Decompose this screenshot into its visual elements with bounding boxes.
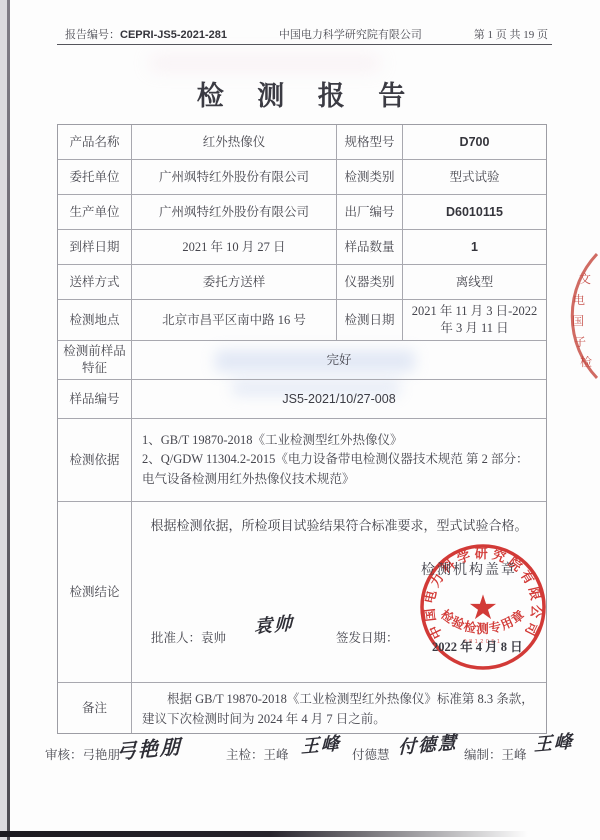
model-label: 规格型号 <box>336 125 402 159</box>
manufacturer-label: 生产单位 <box>58 195 131 229</box>
conclusion-text: 根据检测依据，所检项目试验结果符合标准要求，型式试验合格。 <box>132 517 546 535</box>
product-name-label: 产品名称 <box>58 125 131 159</box>
report-table: 产品名称 红外热像仪 规格型号 D700 委托单位 广州飒特红外股份有限公司 检… <box>57 124 547 734</box>
instrument-type-label: 仪器类别 <box>336 265 402 299</box>
remark-value: 根据 GB/T 19870-2018《工业检测型红外热像仪》标准第 8.3 条款… <box>131 683 546 733</box>
conclusion-cell: 根据检测依据，所检项目试验结果符合标准要求，型式试验合格。 中国电力科学研究院有… <box>131 502 546 682</box>
page-title: 检 测 报 告 <box>57 74 545 113</box>
seam-stamp-char: 子 <box>574 335 586 349</box>
table-row: 检测结论 根据检测依据，所检项目试验结果符合标准要求，型式试验合格。 中国电力科… <box>58 501 546 682</box>
issue-date-value: 2022 年 4 月 8 日 <box>432 639 523 656</box>
chief-name: 王峰 <box>264 748 289 762</box>
chief-line: 主检：王峰 <box>226 745 289 763</box>
scan-smudge <box>150 56 380 70</box>
table-row: 产品名称 红外热像仪 规格型号 D700 <box>58 125 546 159</box>
sample-qty-label: 样品数量 <box>336 230 402 264</box>
client-value: 广州飒特红外股份有限公司 <box>131 160 336 194</box>
approver-label: 批准人： <box>151 631 201 645</box>
scan-left-shadow <box>0 0 7 840</box>
sample-number-value: JS5-2021/10/27-008 <box>131 380 546 418</box>
test-basis-label: 检测依据 <box>58 419 131 501</box>
table-row: 备注 根据 GB/T 19870-2018《工业检测型红外热像仪》标准第 8.3… <box>58 682 546 733</box>
header-rule <box>57 44 552 45</box>
seam-stamp-char: 国 <box>572 314 584 328</box>
delivery-method-value: 委托方送样 <box>131 265 336 299</box>
serial-no-label: 出厂编号 <box>336 195 402 229</box>
organization-name: 中国电力科学研究院有限公司 <box>279 26 422 42</box>
second-reviewer-name: 付德慧 <box>352 745 390 763</box>
report-number-label: 报告编号： <box>65 29 120 41</box>
test-basis-line-2: 2、Q/GDW 11304.2-2015《电力设备带电检测仪器技术规范 第 2 … <box>142 450 536 489</box>
approver-line: 批准人：袁帅 <box>151 630 226 647</box>
scan-left-edge <box>7 0 10 840</box>
seam-stamp-char: 电 <box>573 292 585 307</box>
serial-no-value: D6010115 <box>402 195 546 229</box>
table-row: 检测地点 北京市昌平区南中路 16 号 检测日期 2021 年 11 月 3 日… <box>58 299 546 340</box>
delivery-method-label: 送样方式 <box>58 265 131 299</box>
arrival-date-value: 2021 年 10 月 27 日 <box>131 230 336 264</box>
seam-stamp-char: 文 <box>579 272 591 286</box>
review-name: 弓艳朋 <box>83 748 121 762</box>
pre-test-condition-value: 完好 <box>131 341 546 379</box>
seam-stamp-char: 检 <box>580 354 592 369</box>
approver-signature: 袁帅 <box>254 612 294 640</box>
table-row: 送样方式 委托方送样 仪器类别 离线型 <box>58 264 546 299</box>
report-number-value: CEPRI-JS5-2021-281 <box>120 29 227 41</box>
remark-label: 备注 <box>58 683 131 733</box>
test-date-label: 检测日期 <box>336 300 402 340</box>
test-category-value: 型式试验 <box>402 160 546 194</box>
page-seam-stamp: 文 电 国 子 检 <box>554 250 598 382</box>
test-basis-value: 1、GB/T 19870-2018《工业检测型红外热像仪》 2、Q/GDW 11… <box>131 419 546 501</box>
table-row: 委托单位 广州飒特红外股份有限公司 检测类别 型式试验 <box>58 159 546 194</box>
instrument-type-value: 离线型 <box>402 265 546 299</box>
product-name-value: 红外热像仪 <box>131 125 336 159</box>
scan-bottom-edge <box>0 831 600 837</box>
sample-qty-value: 1 <box>402 230 546 264</box>
model-value: D700 <box>402 125 546 159</box>
test-date-value: 2021 年 11 月 3 日-2022 年 3 月 11 日 <box>402 300 546 340</box>
review-signature: 弓艳朋 <box>116 730 182 765</box>
review-label: 审核： <box>45 748 83 762</box>
compile-line: 编制：王峰 <box>464 745 527 763</box>
table-row: 检测依据 1、GB/T 19870-2018《工业检测型红外热像仪》 2、Q/G… <box>58 418 546 501</box>
test-basis-line-1: 1、GB/T 19870-2018《工业检测型红外热像仪》 <box>142 431 403 450</box>
test-location-value: 北京市昌平区南中路 16 号 <box>131 300 336 340</box>
table-row: 生产单位 广州飒特红外股份有限公司 出厂编号 D6010115 <box>58 194 546 229</box>
client-label: 委托单位 <box>58 160 131 194</box>
conclusion-label: 检测结论 <box>58 502 131 682</box>
compile-name: 王峰 <box>502 748 527 762</box>
arrival-date-label: 到样日期 <box>58 230 131 264</box>
approver-name: 袁帅 <box>201 631 226 645</box>
manufacturer-value: 广州飒特红外股份有限公司 <box>131 195 336 229</box>
report-number: 报告编号：CEPRI-JS5-2021-281 <box>65 26 227 42</box>
pre-test-condition-label: 检测前样品特征 <box>58 341 131 379</box>
sample-number-label: 样品编号 <box>58 380 131 418</box>
page-info: 第 1 页 共 19 页 <box>474 26 548 42</box>
test-category-label: 检测类别 <box>336 160 402 194</box>
review-line: 审核：弓艳朋 <box>45 745 120 763</box>
table-row: 样品编号 JS5-2021/10/27-008 <box>58 379 546 418</box>
table-row: 到样日期 2021 年 10 月 27 日 样品数量 1 <box>58 229 546 264</box>
page-header: 报告编号：CEPRI-JS5-2021-281 中国电力科学研究院有限公司 第 … <box>65 26 548 42</box>
compile-label: 编制： <box>464 748 502 762</box>
chief-label: 主检： <box>226 748 264 762</box>
table-row: 检测前样品特征 完好 <box>58 340 546 379</box>
test-location-label: 检测地点 <box>58 300 131 340</box>
report-page: 报告编号：CEPRI-JS5-2021-281 中国电力科学研究院有限公司 第 … <box>0 0 600 840</box>
issue-date-label: 签发日期： <box>336 630 399 647</box>
seal-overlay-label: 检测机构盖章 <box>421 562 517 581</box>
